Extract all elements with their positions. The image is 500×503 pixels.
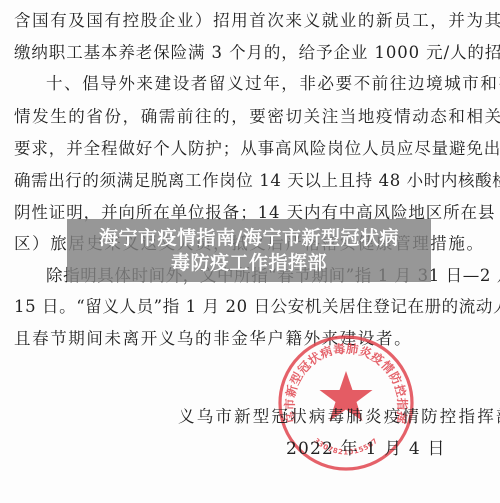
issue-date: 2022 年 1 月 4 日	[286, 434, 446, 459]
title-overlay-banner: 海宁市疫情指南/海宁市新型冠状病 毒防疫工作指挥部	[67, 219, 431, 282]
body-text-line: 情发生的省份，确需前往的，要密切关注当地疫情动态和相关防控	[14, 107, 500, 127]
body-text-line: 确需出行的须满足脱离工作岗位 14 天以上且持 48 小时内核酸检测	[14, 171, 500, 191]
document-page: 含国有及国有控股企业）招用首次来义就业的新员工，并为其连续 缴纳职工基本养老保险…	[0, 0, 500, 503]
overlay-title-line-1: 海宁市疫情指南/海宁市新型冠状病	[99, 226, 399, 251]
issuer-signature: 义乌市新型冠状病毒肺炎疫情防控指挥部	[178, 403, 500, 427]
section-ten-heading-line: 十、倡导外来建设者留义过年，非必要不前往边境城市和有疫	[46, 74, 500, 94]
body-text-line: 含国有及国有控股企业）招用首次来义就业的新员工，并为其连续	[14, 11, 500, 31]
body-text-line: 缴纳职工基本养老保险满 3 个月的，给予企业 1000 元/人的招工补助。	[14, 43, 500, 63]
body-text-line: 15 日。“留义人员”指 1 月 20 日公安机关居住登记在册的流动人口，	[14, 297, 500, 317]
overlay-title-line-2: 毒防疫工作指挥部	[171, 251, 327, 276]
body-text-line: 要求，并全程做好个人防护；从事高风险岗位人员应尽量避免出行，	[14, 139, 500, 159]
